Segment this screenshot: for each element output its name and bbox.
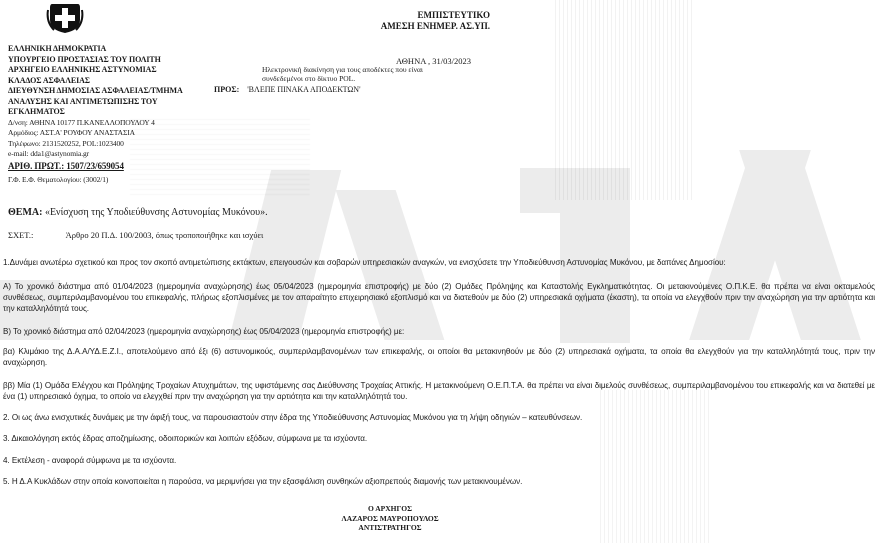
paragraph-ba: βα) Κλιμάκιο της Δ.Α.Α/ΥΔ.Ε.Ζ.Ι., αποτελ… <box>3 346 875 368</box>
signature-rank: ΑΝΤΙΣΤΡΑΤΗΓΟΣ <box>330 523 450 533</box>
sender-line: ΕΓΚΛΗΜΑΤΟΣ <box>8 107 183 118</box>
subject-value: «Ενίσχυση της Υποδιεύθυνσης Αστυνομίας Μ… <box>45 207 268 218</box>
sender-officer: Αρμόδιος: ΑΣΤ.Α' ΡΟΥΦΟΥ ΑΝΑΣΤΑΣΙΑ <box>8 128 183 139</box>
reference-label: ΣΧΕΤ.: <box>8 230 64 240</box>
paragraph-2: 2. Οι ως άνω ενισχυτικές δυνάμεις με την… <box>3 412 875 423</box>
subject-line: ΘΕΜΑ: «Ενίσχυση της Υποδιεύθυνσης Αστυνο… <box>8 207 268 218</box>
sender-line: ΥΠΟΥΡΓΕΙΟ ΠΡΟΣΤΑΣΙΑΣ ΤΟΥ ΠΟΛΙΤΗ <box>8 55 183 66</box>
paragraph-5: 5. Η Δ.Α Κυκλάδων στην οποία κοινοποιείτ… <box>3 476 875 487</box>
sender-line: ΑΝΑΛΥΣΗΣ ΚΑΙ ΑΝΤΙΜΕΤΩΠΙΣΗΣ ΤΟΥ <box>8 97 183 108</box>
paragraph-4: 4. Εκτέλεση - αναφορά σύμφωνα με τα ισχύ… <box>3 455 875 466</box>
reference-line: ΣΧΕΤ.: Άρθρο 20 Π.Δ. 100/2003, όπως τροπ… <box>8 230 263 240</box>
recipients-value: 'ΒΛΕΠΕ ΠΙΝΑΚΑ ΑΠΟΔΕΚΤΩΝ' <box>247 85 360 94</box>
recipients-label: ΠΡΟΣ: <box>214 85 239 94</box>
greek-coat-of-arms-icon <box>46 2 84 34</box>
electronic-note: Ηλεκτρονική διακίνηση για τους αποδέκτες… <box>262 65 462 83</box>
sender-line: ΔΙΕΥΘΥΝΣΗ ΔΗΜΟΣΙΑΣ ΑΣΦΑΛΕΙΑΣ/ΤΜΗΜΑ <box>8 86 183 97</box>
classification-line: ΕΜΠΙΣΤΕΥΤΙΚΟ <box>362 10 490 21</box>
paragraph-a: Α) Το χρονικό διάστημα από 01/04/2023 (η… <box>3 281 875 314</box>
scan-artifact <box>555 0 695 200</box>
signature-title: Ο ΑΡΧΗΓΟΣ <box>330 504 450 514</box>
sender-line: ΑΡΧΗΓΕΙΟ ΕΛΛΗΝΙΚΗΣ ΑΣΤΥΝΟΜΙΑΣ <box>8 65 183 76</box>
paragraph-b: Β) Το χρονικό διάστημα από 02/04/2023 (η… <box>3 326 875 337</box>
paragraph-bb: ββ) Μία (1) Ομάδα Ελέγχου και Πρόληψης Τ… <box>3 380 875 402</box>
classification-header: ΕΜΠΙΣΤΕΥΤΙΚΟ ΑΜΕΣΗ ΕΝΗΜΕΡ. ΑΣ.ΥΠ. <box>362 10 490 32</box>
classification-line: ΑΜΕΣΗ ΕΝΗΜΕΡ. ΑΣ.ΥΠ. <box>362 21 490 32</box>
recipients: ΠΡΟΣ: 'ΒΛΕΠΕ ΠΙΝΑΚΑ ΑΠΟΔΕΚΤΩΝ' <box>214 85 361 94</box>
sender-address: Δ/νση: ΑΘΗΝΑ 10177 Π.ΚΑΝΕΛΛΟΠΟΥΛΟΥ 4 <box>8 118 183 129</box>
signature-name: ΛΑΖΑΡΟΣ ΜΑΥΡΟΠΟΥΛΟΣ <box>330 514 450 524</box>
subject-label: ΘΕΜΑ: <box>8 207 42 218</box>
subject-index: Γ.Φ. Ε.Φ. Θεματολογίου: (3002/1) <box>8 175 183 186</box>
sender-phone: Τηλέφωνο: 2131520252, POL:1023400 <box>8 139 183 150</box>
sender-line: ΕΛΛΗΝΙΚΗ ΔΗΜΟΚΡΑΤΙΑ <box>8 44 183 55</box>
paragraph-3: 3. Δικαιολόγηση εκτός έδρας αποζημίωσης,… <box>3 433 875 444</box>
sender-line: ΚΛΑΔΟΣ ΑΣΦΑΛΕΙΑΣ <box>8 76 183 87</box>
reference-value: Άρθρο 20 Π.Δ. 100/2003, όπως τροποποιήθη… <box>66 230 264 240</box>
paragraph-1: 1.Δυνάμει ανωτέρω σχετικού και προς τον … <box>3 257 875 268</box>
protocol-number: ΑΡΙΘ. ΠΡΩΤ.: 1507/23/659054 <box>8 160 183 173</box>
sender-email: e-mail: dda1@astynomia.gr <box>8 149 183 160</box>
document-page: ΕΜΠΙΣΤΕΥΤΙΚΟ ΑΜΕΣΗ ΕΝΗΜΕΡ. ΑΣ.ΥΠ. ΕΛΛΗΝΙ… <box>0 0 880 543</box>
signature-block: Ο ΑΡΧΗΓΟΣ ΛΑΖΑΡΟΣ ΜΑΥΡΟΠΟΥΛΟΣ ΑΝΤΙΣΤΡΑΤΗ… <box>330 504 450 533</box>
sender-block: ΕΛΛΗΝΙΚΗ ΔΗΜΟΚΡΑΤΙΑ ΥΠΟΥΡΓΕΙΟ ΠΡΟΣΤΑΣΙΑΣ… <box>8 44 183 185</box>
